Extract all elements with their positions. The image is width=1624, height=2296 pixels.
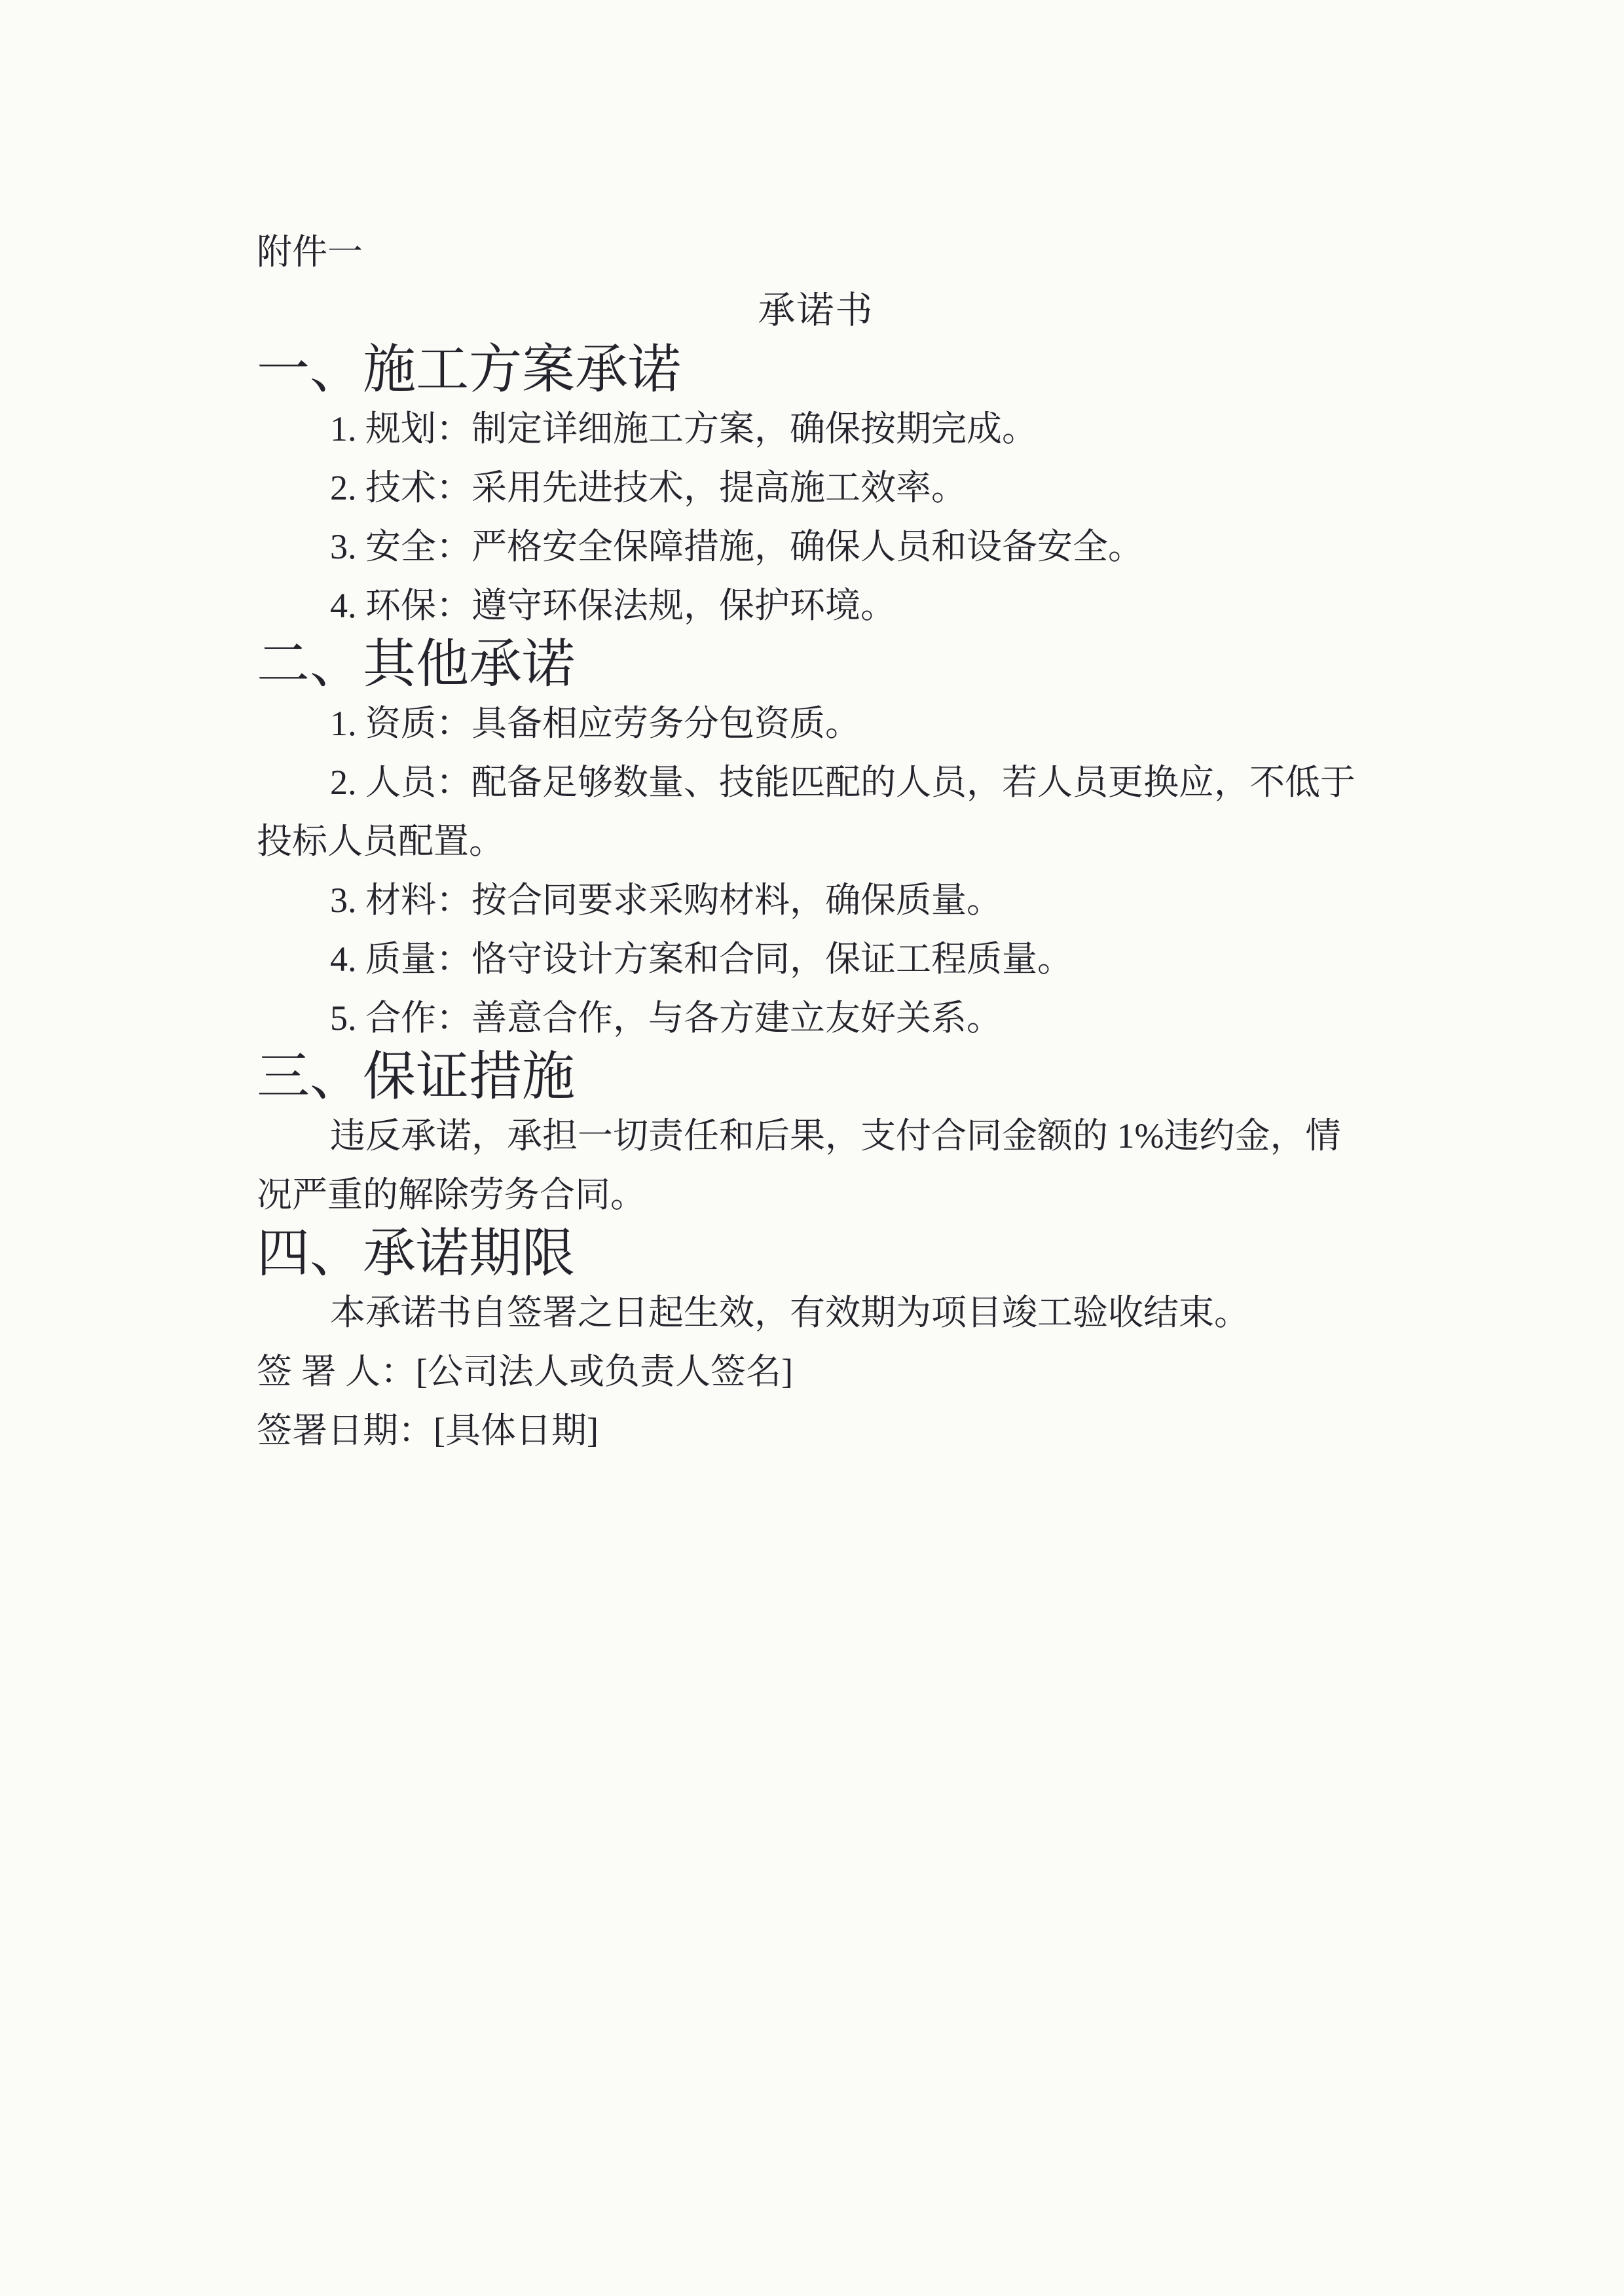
section-heading-commitment-period: 四、承诺期限 [257,1224,1375,1283]
signer-value-placeholder: [公司法人或负责人签名] [416,1352,793,1391]
attachment-label: 附件一 [257,223,1375,282]
signer-line: 签 署 人：[公司法人或负责人签名] [257,1342,1375,1401]
list-item: 4. 环保：遵守环保法规，保护环境。 [257,576,1375,635]
paragraph-guarantee-measures: 违反承诺，承担一切责任和后果，支付合同金额的 1%违约金，情况严重的解除劳务合同… [257,1106,1375,1224]
signer-label: 签 署 人： [257,1352,416,1391]
sign-date-line: 签署日期：[具体日期] [257,1401,1375,1460]
list-item: 4. 质量：恪守设计方案和合同，保证工程质量。 [257,930,1375,989]
paragraph-commitment-period: 本承诺书自签署之日起生效，有效期为项目竣工验收结束。 [257,1283,1375,1342]
doc-title: 承诺书 [257,282,1375,340]
list-item: 2. 技术：采用先进技术，提高施工效率。 [257,458,1375,517]
section-heading-guarantee-measures: 三、保证措施 [257,1048,1375,1106]
list-item: 3. 安全：严格安全保障措施，确保人员和设备安全。 [257,517,1375,576]
section-heading-other-commitments: 二、其他承诺 [257,635,1375,694]
document-page: 附件一 承诺书 一、施工方案承诺 1. 规划：制定详细施工方案，确保按期完成。 … [0,0,1624,2296]
section-heading-construction-plan: 一、施工方案承诺 [257,340,1375,399]
list-item: 2. 人员：配备足够数量、技能匹配的人员，若人员更换应，不低于投标人员配置。 [257,753,1375,871]
list-item: 1. 规划：制定详细施工方案，确保按期完成。 [257,399,1375,458]
list-item: 3. 材料：按合同要求采购材料，确保质量。 [257,871,1375,930]
list-item: 1. 资质：具备相应劳务分包资质。 [257,694,1375,753]
sign-date-value-placeholder: [具体日期] [434,1411,599,1450]
list-item: 5. 合作：善意合作，与各方建立友好关系。 [257,989,1375,1048]
sign-date-label: 签署日期： [257,1411,434,1450]
